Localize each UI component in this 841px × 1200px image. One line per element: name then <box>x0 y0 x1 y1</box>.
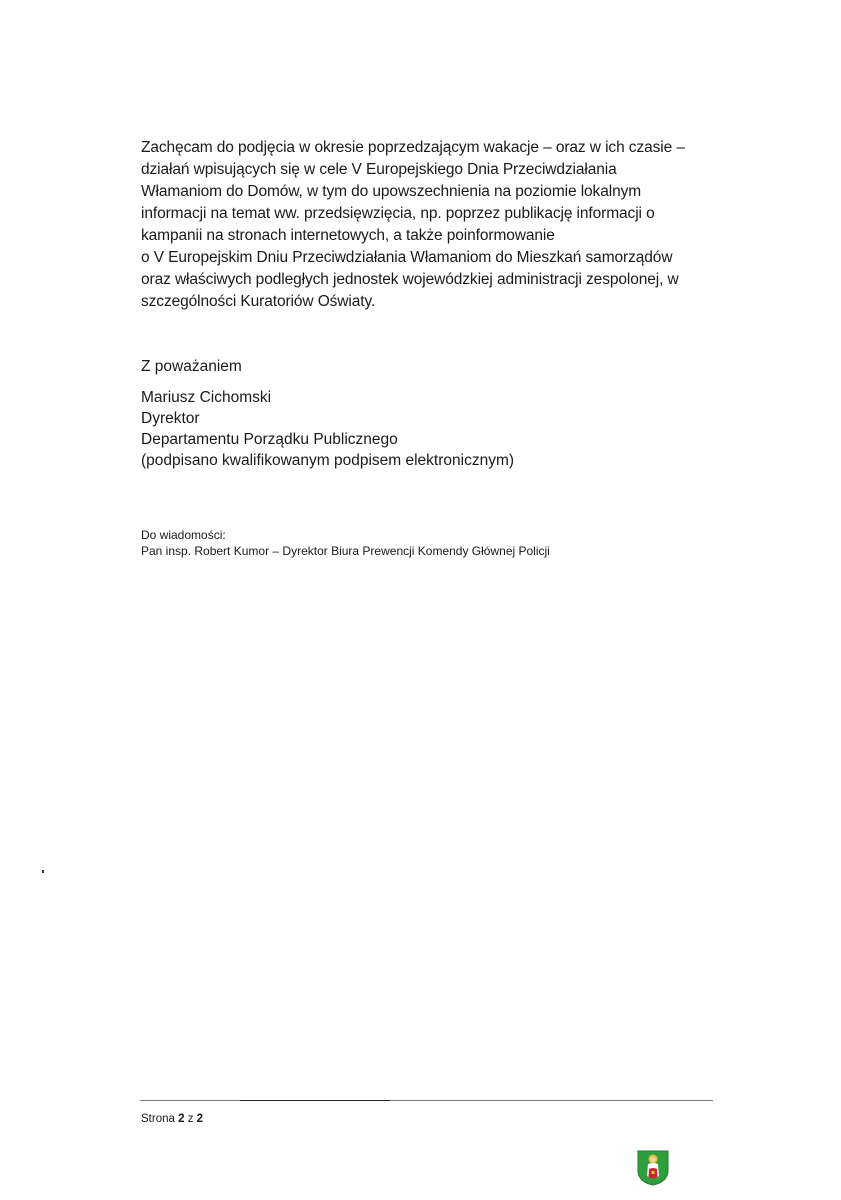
footer-divider <box>140 1100 713 1101</box>
page-number: Strona 2 z 2 <box>141 1113 203 1125</box>
cc-recipient: Pan insp. Robert Kumor – Dyrektor Biura … <box>141 543 550 559</box>
closing-salutation: Z poważaniem <box>141 356 242 378</box>
paragraph-line: informacji na temat ww. przedsięwzięcia,… <box>141 203 721 225</box>
page-prefix: Strona <box>141 1113 175 1125</box>
letter-body-paragraph: Zachęcam do podjęcia w okresie poprzedza… <box>141 137 721 313</box>
paragraph-line: działań wpisujących się w cele V Europej… <box>141 159 721 181</box>
paragraph-line: Włamaniom do Domów, w tym do upowszechni… <box>141 181 721 203</box>
page-separator: z <box>188 1113 194 1125</box>
signatory-name: Mariusz Cichomski <box>141 387 514 408</box>
scan-speck <box>42 870 44 873</box>
signatory-department: Departamentu Porządku Publicznego <box>141 429 514 450</box>
current-page: 2 <box>178 1113 184 1125</box>
paragraph-line: szczególności Kuratoriów Oświaty. <box>141 291 721 313</box>
signature-note: (podpisano kwalifikowanym podpisem elekt… <box>141 450 514 471</box>
signature-block: Mariusz Cichomski Dyrektor Departamentu … <box>141 387 514 471</box>
paragraph-line: o V Europejskim Dniu Przeciwdziałania Wł… <box>141 247 721 269</box>
cc-label: Do wiadomości: <box>141 527 550 543</box>
paragraph-line: kampanii na stronach internetowych, a ta… <box>141 225 721 247</box>
footer-divider-dark-segment <box>240 1100 390 1102</box>
signatory-title: Dyrektor <box>141 408 514 429</box>
coat-of-arms-icon <box>637 1150 669 1186</box>
cc-block: Do wiadomości: Pan insp. Robert Kumor – … <box>141 527 550 559</box>
paragraph-line: Zachęcam do podjęcia w okresie poprzedza… <box>141 137 721 159</box>
paragraph-line: oraz właściwych podległych jednostek woj… <box>141 269 721 291</box>
total-pages: 2 <box>197 1113 203 1125</box>
